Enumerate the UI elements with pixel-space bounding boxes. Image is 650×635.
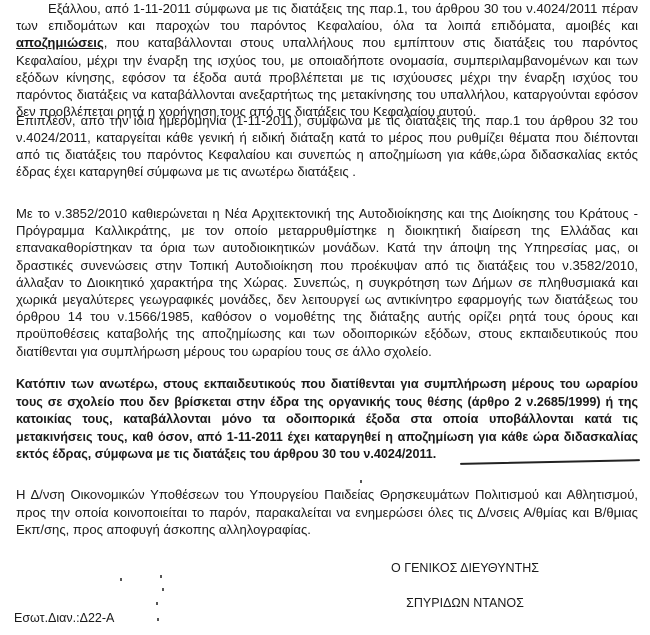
scan-speck: [120, 578, 122, 581]
paragraph-abolition-allowances: Εξάλλου, από 1-11-2011 σύμφωνα με τις δι…: [16, 0, 638, 120]
scan-speck: [157, 618, 159, 621]
paragraph-additional-abolition: Επιπλέον, από την ίδια ημερομηνία (1-11-…: [16, 112, 638, 180]
paragraph-notification-request: Η Δ/νση Οικονομικών Υποθέσεων του Υπουργ…: [16, 486, 638, 539]
scan-speck: [162, 588, 164, 591]
internal-distribution-reference: Εσωτ.Διαν.:Δ22-Α: [14, 611, 114, 625]
scan-speck: [360, 480, 362, 483]
signature-name: ΣΠΥΡΙΔΩΝ ΝΤΑΝΟΣ: [340, 596, 590, 610]
paragraph-kallikratis-program: Με το ν.3852/2010 καθιερώνεται η Νέα Αρχ…: [16, 205, 638, 360]
scan-speck: [156, 602, 158, 605]
paragraph-1-text-b: , που καταβάλλονται στους υπαλλήλους που…: [16, 35, 638, 119]
scan-speck: [160, 575, 162, 578]
paragraph-1-text-a: Εξάλλου, από 1-11-2011 σύμφωνα με τις δι…: [16, 1, 638, 33]
signature-title: Ο ΓΕΝΙΚΟΣ ΔΙΕΥΘΥΝΤΗΣ: [340, 561, 590, 575]
paragraph-conclusion-bold: Κατόπιν των ανωτέρω, στους εκπαιδευτικού…: [16, 376, 638, 464]
underlined-term-compensations: αποζημιώσεις: [16, 35, 104, 50]
